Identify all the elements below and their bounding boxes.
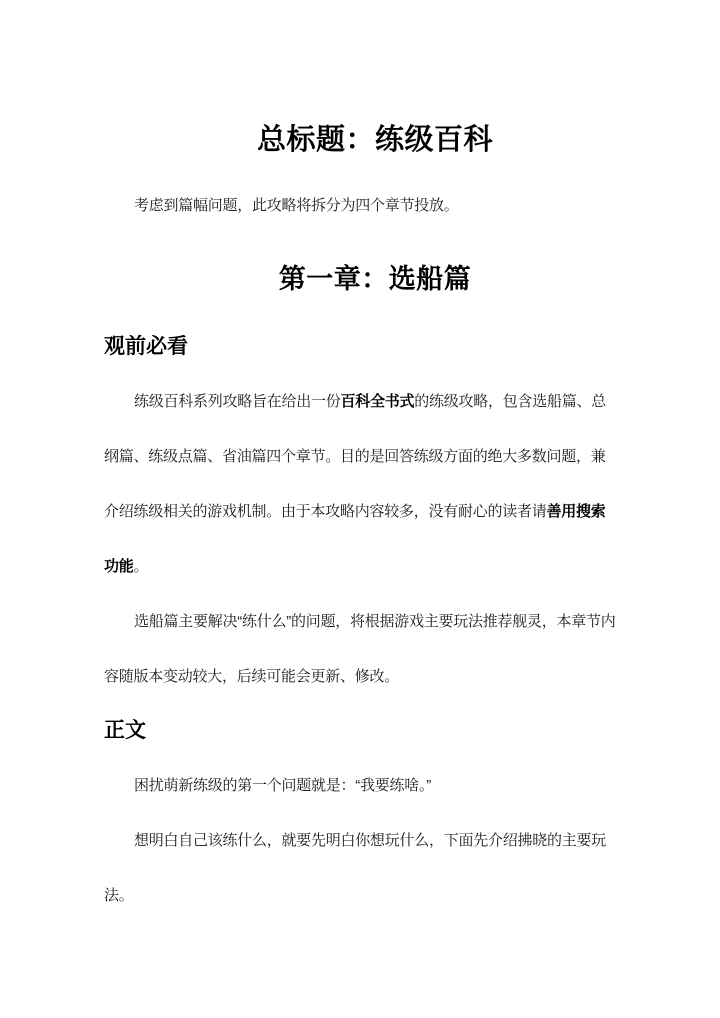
intro-paragraph: 考虑到篇幅问题，此攻略将拆分为四个章节投放。 bbox=[104, 191, 616, 221]
main-text-paragraph-2: 想明白自己该练什么，就要先明白你想玩什么，下面先介绍拂晓的主要玩法。 bbox=[104, 813, 616, 923]
section-heading-main-text: 正文 bbox=[104, 716, 616, 746]
document-page: 总标题：练级百科 考虑到篇幅问题，此攻略将拆分为四个章节投放。 第一章：选船篇 … bbox=[0, 0, 720, 1018]
main-text-paragraph-1: 困扰萌新练级的第一个问题就是：“我要练啥。” bbox=[104, 758, 616, 813]
chapter-title: 第一章：选船篇 bbox=[104, 259, 616, 299]
section-heading-pre-reading: 观前必看 bbox=[104, 332, 616, 362]
pre-reading-paragraph-2: 选船篇主要解决“练什么”的问题，将根据游戏主要玩法推荐舰灵，本章节内容随版本变动… bbox=[104, 594, 616, 704]
document-main-title: 总标题：练级百科 bbox=[104, 119, 616, 161]
pre-reading-paragraph-1: 练级百科系列攻略旨在给出一份百科全书式的练级攻略，包含选船篇、总纲篇、练级点篇、… bbox=[104, 374, 616, 594]
